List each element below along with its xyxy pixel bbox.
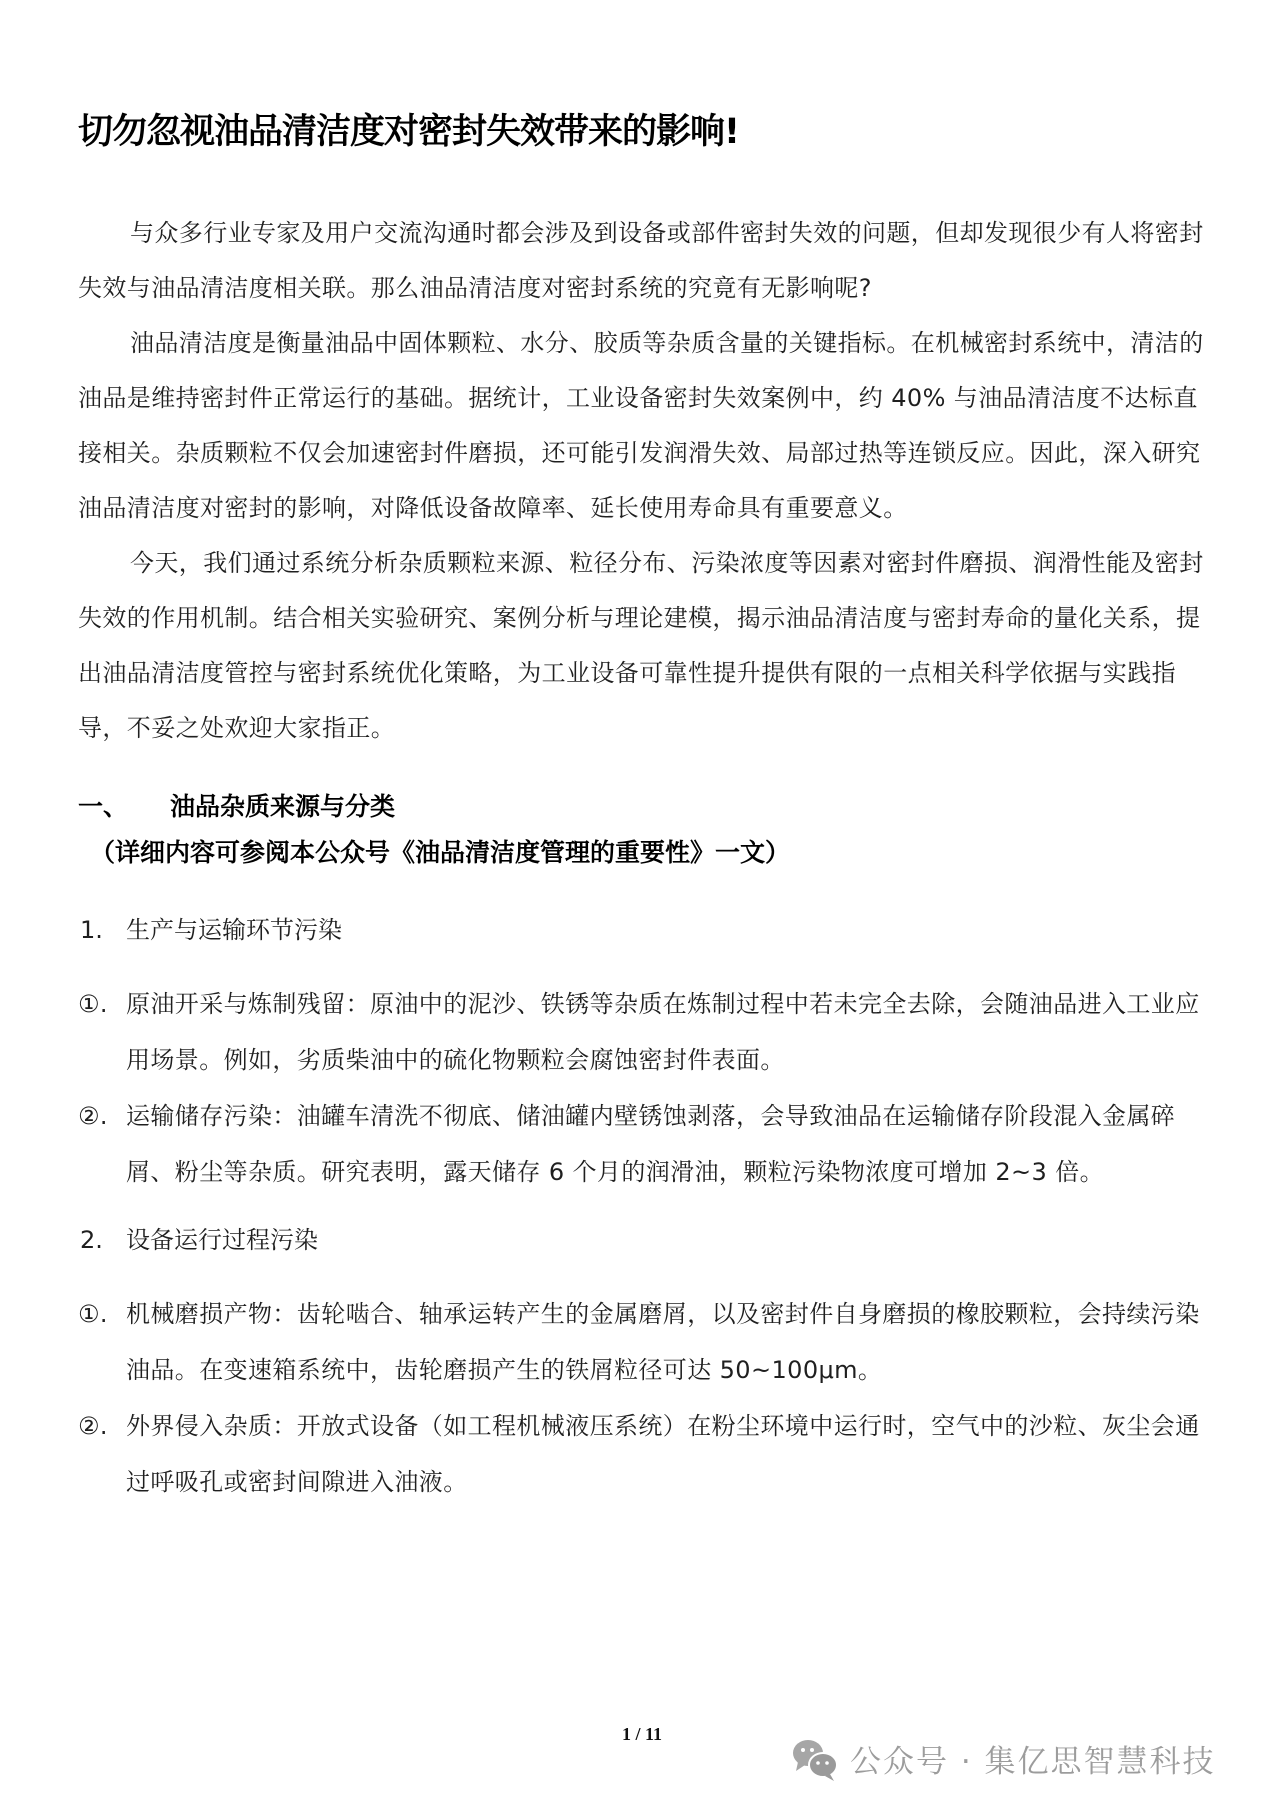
- document-page: 切勿忽视油品清洁度对密封失效带来的影响! 与众多行业专家及用户交流沟通时都会涉及…: [0, 0, 1280, 1810]
- section-reference-note: （详细内容可参阅本公众号《油品清洁度管理的重要性》一文）: [90, 834, 790, 872]
- list-item-text: 外界侵入杂质：开放式设备（如工程机械液压系统）在粉尘环境中运行时，空气中的沙粒、…: [126, 1398, 1218, 1510]
- circled-number-marker: ①.: [78, 1286, 126, 1342]
- circled-number-marker: ①.: [78, 976, 126, 1032]
- page-indicator: 1 / 11: [622, 1724, 662, 1745]
- intro-paragraph: 油品清洁度是衡量油品中固体颗粒、水分、胶质等杂质含量的关键指标。在机械密封系统中…: [78, 316, 1218, 536]
- list-item: ②. 运输储存污染：油罐车清洗不彻底、储油罐内壁锈蚀剥落，会导致油品在运输储存阶…: [78, 1088, 1218, 1200]
- list-item: ①. 机械磨损产物：齿轮啮合、轴承运转产生的金属磨屑，以及密封件自身磨损的橡胶颗…: [78, 1286, 1218, 1398]
- intro-paragraph: 与众多行业专家及用户交流沟通时都会涉及到设备或部件密封失效的问题，但却发现很少有…: [78, 206, 1218, 316]
- subsection-heading: 2.设备运行过程污染: [80, 1222, 318, 1258]
- subsection-heading: 1.生产与运输环节污染: [80, 912, 342, 948]
- section-heading: 一、油品杂质来源与分类: [78, 788, 395, 826]
- document-title: 切勿忽视油品清洁度对密封失效带来的影响!: [78, 108, 739, 156]
- list-item-text: 机械磨损产物：齿轮啮合、轴承运转产生的金属磨屑，以及密封件自身磨损的橡胶颗粒，会…: [126, 1286, 1218, 1398]
- subsection-number: 2.: [80, 1222, 126, 1258]
- list-item: ②. 外界侵入杂质：开放式设备（如工程机械液压系统）在粉尘环境中运行时，空气中的…: [78, 1398, 1218, 1510]
- subsection-title: 设备运行过程污染: [126, 1226, 318, 1254]
- wechat-icon: [790, 1737, 840, 1781]
- subsection-title: 生产与运输环节污染: [126, 916, 342, 944]
- section-number: 一、: [78, 788, 170, 826]
- watermark: 公众号 · 集亿思智慧科技: [790, 1736, 1216, 1781]
- list-item-text: 运输储存污染：油罐车清洗不彻底、储油罐内壁锈蚀剥落，会导致油品在运输储存阶段混入…: [126, 1088, 1218, 1200]
- list-item-text: 原油开采与炼制残留：原油中的泥沙、铁锈等杂质在炼制过程中若未完全去除，会随油品进…: [126, 976, 1218, 1088]
- subsection-number: 1.: [80, 912, 126, 948]
- circled-number-marker: ②.: [78, 1398, 126, 1454]
- intro-paragraph: 今天，我们通过系统分析杂质颗粒来源、粒径分布、污染浓度等因素对密封件磨损、润滑性…: [78, 536, 1218, 756]
- intro-section: 与众多行业专家及用户交流沟通时都会涉及到设备或部件密封失效的问题，但却发现很少有…: [78, 206, 1218, 756]
- section-title: 油品杂质来源与分类: [170, 792, 395, 821]
- watermark-text: 公众号 · 集亿思智慧科技: [850, 1736, 1216, 1781]
- list-item: ①. 原油开采与炼制残留：原油中的泥沙、铁锈等杂质在炼制过程中若未完全去除，会随…: [78, 976, 1218, 1088]
- circled-number-marker: ②.: [78, 1088, 126, 1144]
